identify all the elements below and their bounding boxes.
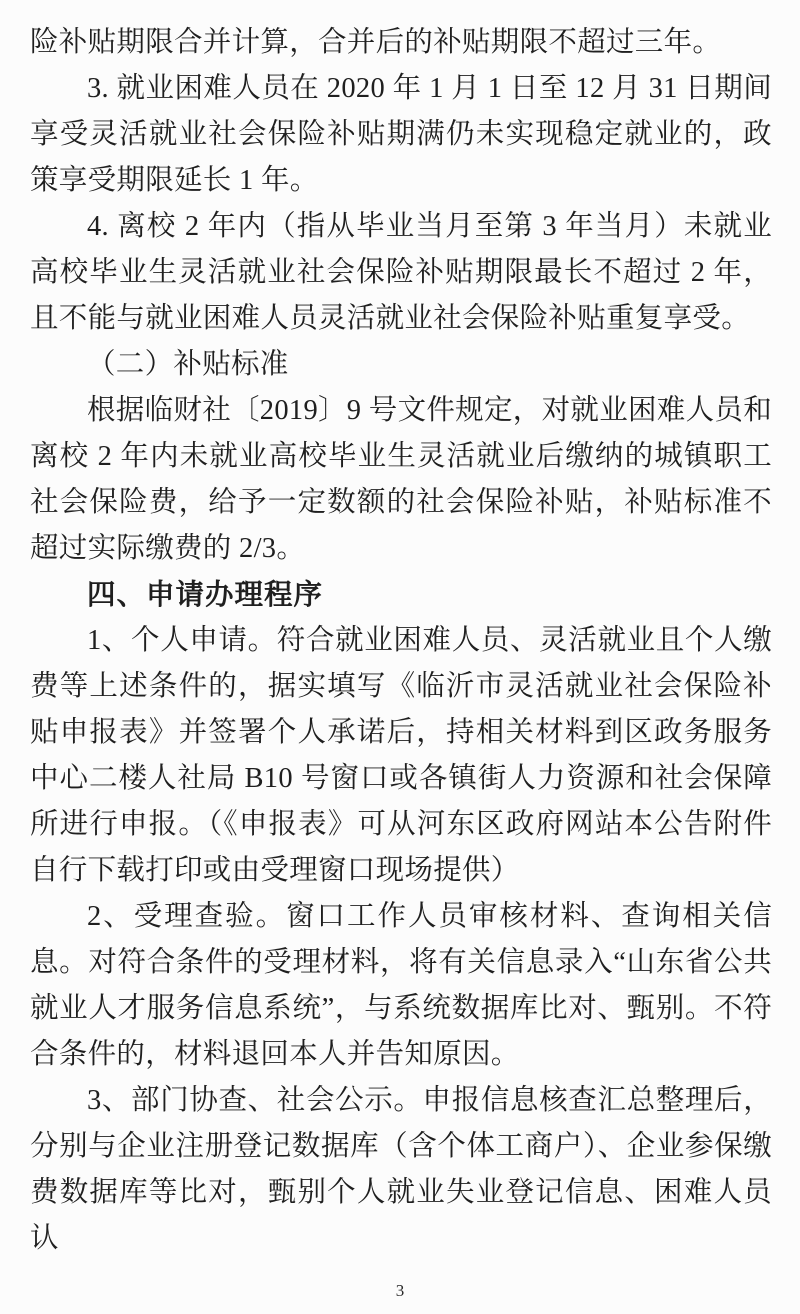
paragraph-carryover: 险补贴期限合并计算，合并后的补贴期限不超过三年。: [30, 20, 772, 66]
step-3-department-check-public-notice: 3、部门协查、社会公示。申报信息核查汇总整理后，分别与企业注册登记数据库（含个体…: [30, 1078, 772, 1262]
step-1-personal-application: 1、个人申请。符合就业困难人员、灵活就业且个人缴费等上述条件的，据实填写《临沂市…: [30, 618, 772, 894]
step-2-acceptance-verification: 2、受理查验。窗口工作人员审核材料、查询相关信息。对符合条件的受理材料，将有关信…: [30, 894, 772, 1078]
subheading-subsidy-standard: （二）补贴标准: [30, 342, 772, 388]
paragraph-subsidy-standard-body: 根据临财社〔2019〕9 号文件规定，对就业困难人员和离校 2 年内未就业高校毕…: [30, 388, 772, 572]
section-heading-application-procedure: 四、申请办理程序: [30, 572, 772, 618]
page-number: 3: [0, 1281, 800, 1301]
document-body: 险补贴期限合并计算，合并后的补贴期限不超过三年。 3. 就业困难人员在 2020…: [30, 20, 772, 1262]
list-item-4-graduate-subsidy-limit: 4. 离校 2 年内（指从毕业当月至第 3 年当月）未就业高校毕业生灵活就业社会…: [30, 204, 772, 342]
document-page: 险补贴期限合并计算，合并后的补贴期限不超过三年。 3. 就业困难人员在 2020…: [0, 0, 800, 1314]
list-item-3-subsidy-period-extension: 3. 就业困难人员在 2020 年 1 月 1 日至 12 月 31 日期间享受…: [30, 66, 772, 204]
